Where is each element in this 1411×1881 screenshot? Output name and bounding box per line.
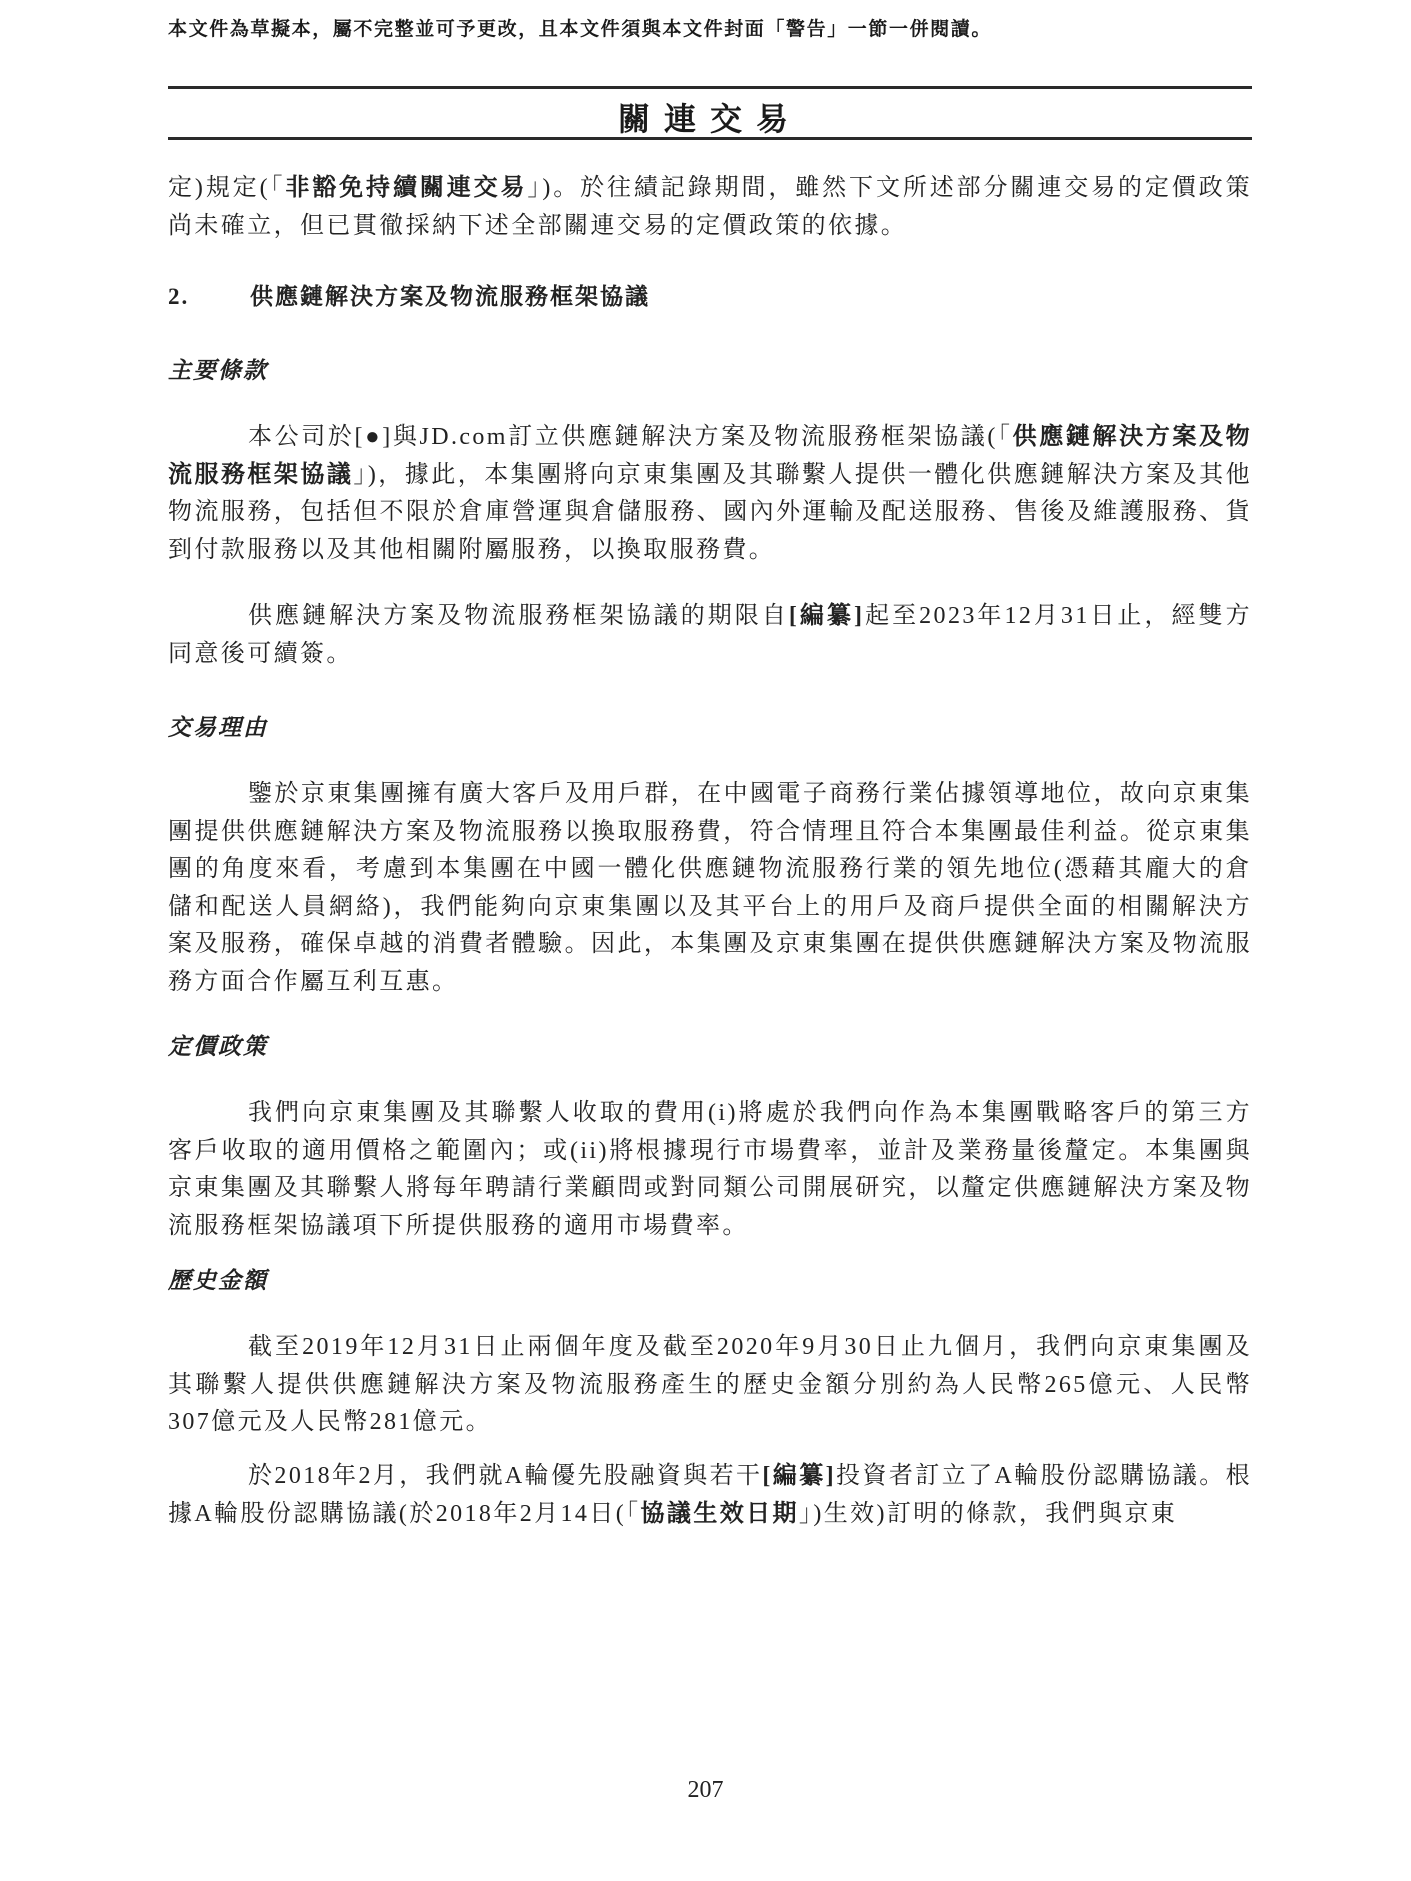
page-number: 207: [0, 1777, 1411, 1804]
subheading: 交易理由: [168, 709, 1252, 742]
paragraph-text: 於2018年2月，我們就A輪優先股融資與若干: [248, 1463, 762, 1489]
defined-term: 協議生效日期: [641, 1501, 799, 1527]
top-rule: [168, 86, 1252, 89]
section-2-heading: 2.供應鏈解決方案及物流服務框架協議: [168, 278, 1252, 311]
subheading: 歷史金額: [168, 1262, 1252, 1295]
subheading: 定價政策: [168, 1028, 1252, 1061]
historical-paragraph-2: 於2018年2月，我們就A輪優先股融資與若干[編纂]投資者訂立了A輪股份認購協議…: [168, 1458, 1252, 1533]
pricing-heading: 定價政策: [168, 1028, 1252, 1061]
paragraph-text: 」)生效)訂明的條款，我們與京東: [799, 1501, 1177, 1527]
section-title: 關連交易: [168, 94, 1252, 140]
main-terms-paragraph-2: 供應鏈解決方案及物流服務框架協議的期限自[編纂]起至2023年12月31日止，經…: [168, 598, 1252, 673]
main-terms-heading: 主要條款: [168, 352, 1252, 385]
bottom-rule: [168, 137, 1252, 140]
intro-defined-term: 非豁免持續關連交易: [285, 175, 527, 201]
intro-paragraph: 定)規定(「非豁免持續關連交易」)。於往績記錄期間，雖然下文所述部分關連交易的定…: [168, 170, 1252, 245]
reasons-paragraph: 鑒於京東集團擁有廣大客戶及用戶群，在中國電子商務行業佔據領導地位，故向京東集團提…: [168, 776, 1252, 1001]
historical-paragraph-1: 截至2019年12月31日止兩個年度及截至2020年9月30日止九個月，我們向京…: [168, 1329, 1252, 1442]
main-terms-paragraph-1: 本公司於[●]與JD.com訂立供應鏈解決方案及物流服務框架協議(「供應鏈解決方…: [168, 419, 1252, 569]
paragraph-text: 截至2019年12月31日止兩個年度及截至2020年9月30日止九個月，我們向京…: [168, 1329, 1252, 1442]
subheading: 主要條款: [168, 352, 1252, 385]
paragraph-text: 我們向京東集團及其聯繫人收取的費用(i)將處於我們向作為本集團戰略客戶的第三方客…: [168, 1095, 1252, 1245]
redacted-term: [編纂]: [789, 603, 865, 629]
redacted-term: [編纂]: [762, 1463, 836, 1489]
paragraph-text: 供應鏈解決方案及物流服務框架協議的期限自: [248, 603, 789, 629]
historical-heading: 歷史金額: [168, 1262, 1252, 1295]
pricing-paragraph: 我們向京東集團及其聯繫人收取的費用(i)將處於我們向作為本集團戰略客戶的第三方客…: [168, 1095, 1252, 1245]
intro-text-pre: 定)規定(「: [168, 175, 285, 201]
paragraph-text: 鑒於京東集團擁有廣大客戶及用戶群，在中國電子商務行業佔據領導地位，故向京東集團提…: [168, 776, 1252, 1001]
paragraph-text: 本公司於[●]與JD.com訂立供應鏈解決方案及物流服務框架協議(「: [248, 424, 1013, 450]
section-number: 2.: [168, 284, 250, 310]
reasons-heading: 交易理由: [168, 709, 1252, 742]
section-heading-title: 供應鏈解決方案及物流服務框架協議: [250, 284, 650, 309]
draft-disclaimer: 本文件為草擬本，屬不完整並可予更改，且本文件須與本文件封面「警告」一節一併閱讀。: [168, 14, 1252, 41]
